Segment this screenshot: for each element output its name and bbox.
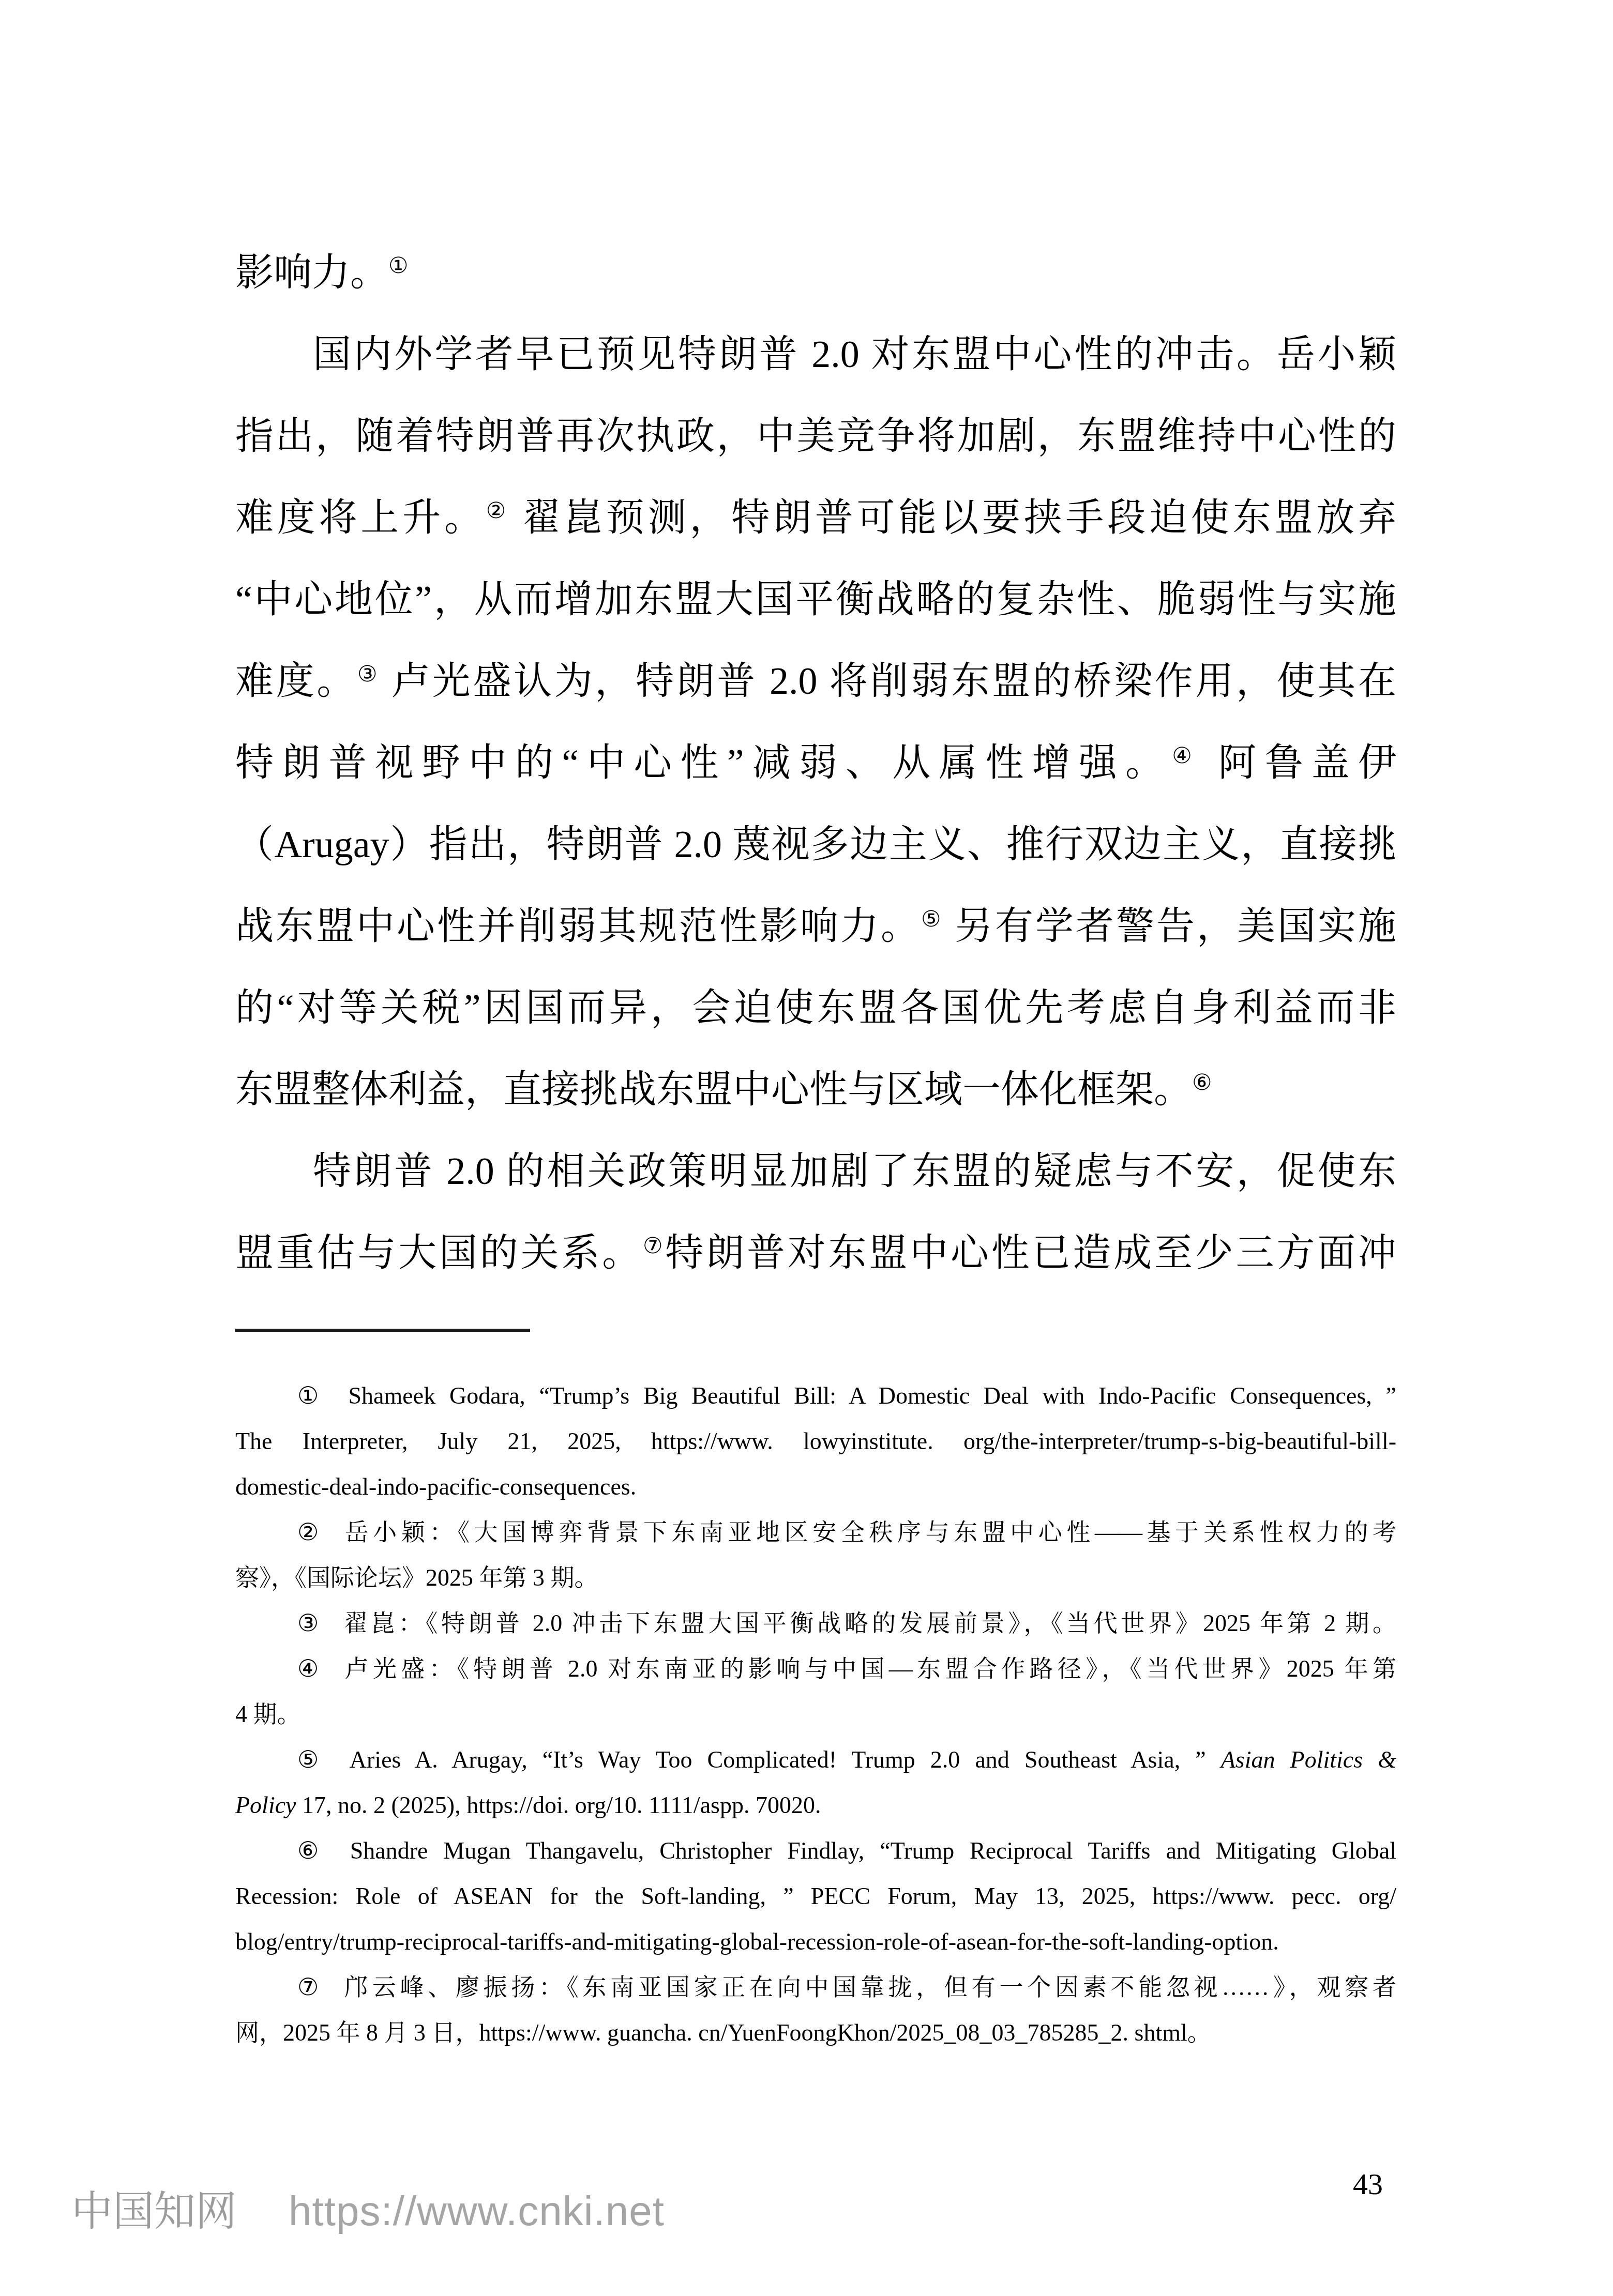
footnote-line: domestic-deal-indo-pacific-consequences. — [235, 1464, 1396, 1510]
footnote-line: 4 期。 — [235, 1692, 1396, 1737]
text-segment: 东盟整体利益，直接挑战东盟中心性与区域一体化框架。 — [235, 1069, 1192, 1111]
text-segment: 卢光盛：《特朗普 2.0 对东南亚的影响与中国—东盟合作路径》，《当代世界》20… — [345, 1655, 1396, 1682]
footnote-line: ⑥Shandre Mugan Thangavelu, Christopher F… — [235, 1828, 1396, 1874]
footnote-line: ②岳小颖：《大国博弈背景下东南亚地区安全秩序与东盟中心性——基于关系性权力的考 — [235, 1510, 1396, 1555]
text-segment: 翟崑：《特朗普 2.0 冲击下东盟大国平衡战略的发展前景》，《当代世界》2025… — [344, 1610, 1396, 1636]
watermark-brand-text: 中国知网 — [71, 2188, 237, 2234]
body-line: 国内外学者早已预见特朗普 2.0 对东盟中心性的冲击。岳小颖 — [235, 314, 1396, 396]
footnote-line: ①Shameek Godara, “Trump’s Big Beautiful … — [235, 1373, 1396, 1419]
footnote-number: ⑤ — [297, 1746, 350, 1773]
body-line: “中心地位”，从而增加东盟大国平衡战略的复杂性、脆弱性与实施 — [235, 559, 1396, 641]
body-line: 东盟整体利益，直接挑战东盟中心性与区域一体化框架。⑥ — [235, 1049, 1396, 1131]
text-segment: 17, no. 2 (2025), https://doi. org/10. 1… — [296, 1792, 821, 1818]
body-line: 特朗普视野中的“中心性”减弱、从属性增强。④ 阿鲁盖伊 — [235, 722, 1396, 804]
footnote-line: 网，2025 年 8 月 3 日，https://www. guancha. c… — [235, 2010, 1396, 2056]
footnotes-section: ①Shameek Godara, “Trump’s Big Beautiful … — [235, 1373, 1396, 2056]
footnote-ref-mark: ⑥ — [1192, 1071, 1212, 1095]
footnote-number: ① — [297, 1382, 349, 1409]
document-page: 影响力。① 国内外学者早已预见特朗普 2.0 对东盟中心性的冲击。岳小颖 指出，… — [0, 0, 1613, 2296]
body-line: 特朗普 2.0 的相关政策明显加剧了东盟的疑虑与不安，促使东 — [235, 1131, 1396, 1212]
body-line: 影响力。① — [235, 232, 1396, 314]
body-line: 难度。③ 卢光盛认为，特朗普 2.0 将削弱东盟的桥梁作用，使其在 — [235, 641, 1396, 722]
footnote-ref-mark: ④ — [1172, 744, 1200, 768]
watermark-url-text: https://www.cnki.net — [289, 2188, 665, 2234]
footnote-number: ③ — [297, 1610, 344, 1636]
text-segment: 翟崑预测，特朗普可能以要挟手段迫使东盟放弃 — [509, 497, 1396, 539]
footnote-line: blog/entry/trump-reciprocal-tariffs-and-… — [235, 1919, 1396, 1965]
text-segment: 盟重估与大国的关系。 — [235, 1232, 643, 1274]
footnote-line: The Interpreter, July 21, 2025, https://… — [235, 1419, 1396, 1464]
footnote-ref-mark: ① — [388, 254, 408, 278]
footnote-number: ⑥ — [297, 1837, 350, 1864]
footnote-line: ④卢光盛：《特朗普 2.0 对东南亚的影响与中国—东盟合作路径》，《当代世界》2… — [235, 1646, 1396, 1692]
footnote-number: ⑦ — [297, 1974, 344, 2000]
footnote-line: Recession: Role of ASEAN for the Soft-la… — [235, 1874, 1396, 1919]
text-segment: 影响力。 — [235, 252, 388, 294]
text-segment: 特朗普对东盟中心性已造成至少三方面冲 — [665, 1232, 1396, 1274]
text-segment: 另有学者警告，美国实施 — [943, 905, 1397, 948]
footnote-line: ⑤Aries A. Arugay, “It’s Way Too Complica… — [235, 1737, 1396, 1783]
text-segment: Shameek Godara, “Trump’s Big Beautiful B… — [349, 1382, 1396, 1409]
text-segment: 阿鲁盖伊 — [1200, 742, 1396, 784]
footnote-ref-mark: ⑦ — [643, 1234, 665, 1258]
text-segment: Shandre Mugan Thangavelu, Christopher Fi… — [350, 1837, 1396, 1864]
text-segment: 卢光盛认为，特朗普 2.0 将削弱东盟的桥梁作用，使其在 — [380, 660, 1396, 703]
text-segment: Policy — [235, 1792, 296, 1818]
text-segment: 战东盟中心性并削弱其规范性影响力。 — [235, 905, 921, 948]
footnote-ref-mark: ③ — [357, 662, 380, 687]
text-segment: 难度将上升。 — [235, 497, 486, 539]
footnote-line: ③翟崑：《特朗普 2.0 冲击下东盟大国平衡战略的发展前景》，《当代世界》202… — [235, 1601, 1396, 1646]
footnote-number: ④ — [297, 1655, 345, 1682]
footnote-number: ② — [297, 1519, 345, 1545]
text-segment: 邝云峰、廖振扬：《东南亚国家正在向中国靠拢，但有一个因素不能忽视……》，观察者 — [344, 1974, 1396, 2000]
footnote-line: 察》，《国际论坛》2025 年第 3 期。 — [235, 1555, 1396, 1601]
body-line: 指出，随着特朗普再次执政，中美竞争将加剧，东盟维持中心性的 — [235, 396, 1396, 477]
text-segment: Asian Politics & — [1221, 1746, 1396, 1773]
footnote-ref-mark: ⑤ — [921, 907, 943, 932]
body-line: 战东盟中心性并削弱其规范性影响力。⑤ 另有学者警告，美国实施 — [235, 886, 1396, 967]
text-segment: 特朗普视野中的“中心性”减弱、从属性增强。 — [235, 742, 1172, 784]
watermark: 中国知网 https://www.cnki.net — [71, 2188, 665, 2234]
footnote-line: ⑦邝云峰、廖振扬：《东南亚国家正在向中国靠拢，但有一个因素不能忽视……》，观察者 — [235, 1965, 1396, 2010]
body-text: 影响力。① 国内外学者早已预见特朗普 2.0 对东盟中心性的冲击。岳小颖 指出，… — [235, 232, 1396, 1294]
text-segment: 岳小颖：《大国博弈背景下东南亚地区安全秩序与东盟中心性——基于关系性权力的考 — [345, 1519, 1396, 1545]
body-line: 的“对等关税”因国而异，会迫使东盟各国优先考虑自身利益而非 — [235, 967, 1396, 1049]
footnote-separator — [235, 1329, 530, 1332]
text-segment: 难度。 — [235, 660, 357, 703]
footnote-ref-mark: ② — [486, 499, 509, 523]
body-line: 盟重估与大国的关系。⑦特朗普对东盟中心性已造成至少三方面冲 — [235, 1212, 1396, 1294]
text-segment: Aries A. Arugay, “It’s Way Too Complicat… — [350, 1746, 1221, 1773]
body-line: 难度将上升。② 翟崑预测，特朗普可能以要挟手段迫使东盟放弃 — [235, 477, 1396, 559]
body-line: （Arugay）指出，特朗普 2.0 蔑视多边主义、推行双边主义，直接挑 — [235, 804, 1396, 886]
footnote-line: Policy 17, no. 2 (2025), https://doi. or… — [235, 1783, 1396, 1828]
